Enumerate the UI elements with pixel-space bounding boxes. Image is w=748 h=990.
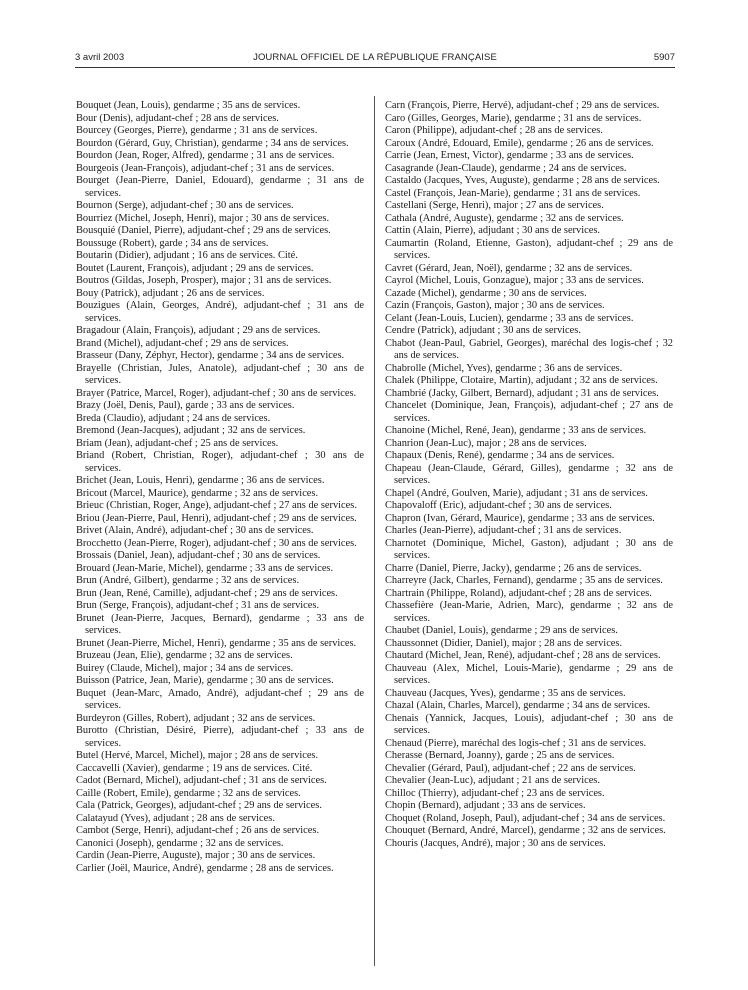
list-item: Bourdon (Jean, Roger, Alfred), gendarme … [76, 150, 364, 163]
list-item: Choquet (Roland, Joseph, Paul), adjudant… [385, 813, 673, 826]
list-item: Chanoine (Michel, René, Jean), gendarme … [385, 425, 673, 438]
list-item: Casagrande (Jean-Claude), gendarme ; 24 … [385, 163, 673, 176]
list-item: Cendre (Patrick), adjudant ; 30 ans de s… [385, 325, 673, 338]
list-item: Chalek (Philippe, Clotaire, Martin), adj… [385, 375, 673, 388]
list-item: Butel (Hervé, Marcel, Michel), major ; 2… [76, 750, 364, 763]
list-item: Chazal (Alain, Charles, Marcel), gendarm… [385, 700, 673, 713]
list-item: Brouard (Jean-Marie, Michel), gendarme ;… [76, 563, 364, 576]
list-item: Carrie (Jean, Ernest, Victor), gendarme … [385, 150, 673, 163]
list-item: Carn (François, Pierre, Hervé), adjudant… [385, 100, 673, 113]
list-item: Cattin (Alain, Pierre), adjudant ; 30 an… [385, 225, 673, 238]
list-item: Brunet (Jean-Pierre, Michel, Henri), gen… [76, 638, 364, 651]
list-item: Bruzeau (Jean, Elie), gendarme ; 32 ans … [76, 650, 364, 663]
list-item: Brayer (Patrice, Marcel, Roger), adjudan… [76, 388, 364, 401]
list-item: Brun (Serge, François), adjudant-chef ; … [76, 600, 364, 613]
list-item: Caille (Robert, Emile), gendarme ; 32 an… [76, 788, 364, 801]
list-item: Canonici (Joseph), gendarme ; 32 ans de … [76, 838, 364, 851]
left-column: Bouquet (Jean, Louis), gendarme ; 35 ans… [76, 100, 364, 875]
list-item: Chouris (Jacques, André), major ; 30 ans… [385, 838, 673, 851]
list-item: Bourriez (Michel, Joseph, Henri), major … [76, 213, 364, 226]
list-item: Bourgeois (Jean-François), adjudant-chef… [76, 163, 364, 176]
list-item: Chouquet (Bernard, André, Marcel), genda… [385, 825, 673, 838]
list-item: Chapovaloff (Eric), adjudant-chef ; 30 a… [385, 500, 673, 513]
list-item: Bourget (Jean-Pierre, Daniel, Edouard), … [76, 175, 364, 200]
list-item: Chopin (Bernard), adjudant ; 33 ans de s… [385, 800, 673, 813]
list-item: Briou (Jean-Pierre, Paul, Henri), adjuda… [76, 513, 364, 526]
list-item: Chapaux (Denis, René), gendarme ; 34 ans… [385, 450, 673, 463]
right-column: Carn (François, Pierre, Hervé), adjudant… [385, 100, 673, 850]
list-item: Chauveau (Alex, Michel, Louis-Marie), ge… [385, 663, 673, 688]
list-item: Chevalier (Gérard, Paul), adjudant-chef … [385, 763, 673, 776]
list-item: Chauveau (Jacques, Yves), gendarme ; 35 … [385, 688, 673, 701]
list-item: Chaubet (Daniel, Louis), gendarme ; 29 a… [385, 625, 673, 638]
list-item: Brossais (Daniel, Jean), adjudant-chef ;… [76, 550, 364, 563]
list-item: Bourdon (Gérard, Guy, Christian), gendar… [76, 138, 364, 151]
list-item: Chenaud (Pierre), maréchal des logis-che… [385, 738, 673, 751]
list-item: Chenais (Yannick, Jacques, Louis), adjud… [385, 713, 673, 738]
list-item: Chilloc (Thierry), adjudant-chef ; 23 an… [385, 788, 673, 801]
list-item: Brunet (Jean-Pierre, Jacques, Bernard), … [76, 613, 364, 638]
list-item: Caro (Gilles, Georges, Marie), gendarme … [385, 113, 673, 126]
list-item: Chapeau (Jean-Claude, Gérard, Gilles), g… [385, 463, 673, 488]
list-item: Buisson (Patrice, Jean, Marie), gendarme… [76, 675, 364, 688]
list-item: Boutros (Gildas, Joseph, Prosper), major… [76, 275, 364, 288]
list-item: Chapron (Ivan, Gérard, Maurice), gendarm… [385, 513, 673, 526]
header-rule [75, 67, 675, 68]
list-item: Burdeyron (Gilles, Robert), adjudant ; 3… [76, 713, 364, 726]
list-item: Celant (Jean-Louis, Lucien), gendarme ; … [385, 313, 673, 326]
list-item: Cavret (Gérard, Jean, Noël), gendarme ; … [385, 263, 673, 276]
list-item: Charles (Jean-Pierre), adjudant-chef ; 3… [385, 525, 673, 538]
list-item: Brasseur (Dany, Zéphyr, Hector), gendarm… [76, 350, 364, 363]
list-item: Caron (Philippe), adjudant-chef ; 28 ans… [385, 125, 673, 138]
list-item: Charre (Daniel, Pierre, Jacky), gendarme… [385, 563, 673, 576]
list-item: Brayelle (Christian, Jules, Anatole), ad… [76, 363, 364, 388]
list-item: Briam (Jean), adjudant-chef ; 25 ans de … [76, 438, 364, 451]
list-item: Burotto (Christian, Désiré, Pierre), adj… [76, 725, 364, 750]
list-item: Chabrolle (Michel, Yves), gendarme ; 36 … [385, 363, 673, 376]
list-item: Chancelet (Dominique, Jean, François), a… [385, 400, 673, 425]
list-item: Bricout (Marcel, Maurice), gendarme ; 32… [76, 488, 364, 501]
list-item: Brazy (Joël, Denis, Paul), garde ; 33 an… [76, 400, 364, 413]
list-item: Bousquié (Daniel, Pierre), adjudant-chef… [76, 225, 364, 238]
list-item: Bour (Denis), adjudant-chef ; 28 ans de … [76, 113, 364, 126]
list-item: Boutarin (Didier), adjudant ; 16 ans de … [76, 250, 364, 263]
list-item: Boutet (Laurent, François), adjudant ; 2… [76, 263, 364, 276]
list-item: Chabot (Jean-Paul, Gabriel, Georges), ma… [385, 338, 673, 363]
list-item: Cazin (François, Gaston), major ; 30 ans… [385, 300, 673, 313]
list-item: Cadot (Bernard, Michel), adjudant-chef ;… [76, 775, 364, 788]
list-item: Brocchetto (Jean-Pierre, Roger), adjudan… [76, 538, 364, 551]
list-item: Cazade (Michel), gendarme ; 30 ans de se… [385, 288, 673, 301]
list-item: Brun (André, Gilbert), gendarme ; 32 ans… [76, 575, 364, 588]
list-item: Chartrain (Philippe, Roland), adjudant-c… [385, 588, 673, 601]
list-item: Brichet (Jean, Louis, Henri), gendarme ;… [76, 475, 364, 488]
list-item: Buirey (Claude, Michel), major ; 34 ans … [76, 663, 364, 676]
list-item: Cambot (Serge, Henri), adjudant-chef ; 2… [76, 825, 364, 838]
list-item: Carlier (Joël, Maurice, André), gendarme… [76, 863, 364, 876]
list-item: Chanrion (Jean-Luc), major ; 28 ans de s… [385, 438, 673, 451]
list-item: Brivet (Alain, André), adjudant-chef ; 3… [76, 525, 364, 538]
list-item: Chapel (André, Goulven, Marie), adjudant… [385, 488, 673, 501]
list-item: Briand (Robert, Christian, Roger), adjud… [76, 450, 364, 475]
list-item: Bremond (Jean-Jacques), adjudant ; 32 an… [76, 425, 364, 438]
list-item: Brand (Michel), adjudant-chef ; 29 ans d… [76, 338, 364, 351]
list-item: Chautard (Michel, Jean, René), adjudant-… [385, 650, 673, 663]
list-item: Caccavelli (Xavier), gendarme ; 19 ans d… [76, 763, 364, 776]
list-item: Calatayud (Yves), adjudant ; 28 ans de s… [76, 813, 364, 826]
list-item: Cardin (Jean-Pierre, Auguste), major ; 3… [76, 850, 364, 863]
list-item: Chassefière (Jean-Marie, Adrien, Marc), … [385, 600, 673, 625]
list-item: Caumartin (Roland, Etienne, Gaston), adj… [385, 238, 673, 263]
list-item: Castel (François, Jean-Marie), gendarme … [385, 188, 673, 201]
list-item: Caroux (André, Edouard, Emile), gendarme… [385, 138, 673, 151]
list-item: Bouquet (Jean, Louis), gendarme ; 35 ans… [76, 100, 364, 113]
list-item: Cherasse (Bernard, Joanny), garde ; 25 a… [385, 750, 673, 763]
list-item: Brun (Jean, René, Camille), adjudant-che… [76, 588, 364, 601]
page-header: 3 avril 2003 JOURNAL OFFICIEL DE LA RÉPU… [75, 52, 675, 68]
list-item: Cayrol (Michel, Louis, Gonzague), major … [385, 275, 673, 288]
page-number: 5907 [654, 52, 675, 63]
list-item: Charreyre (Jack, Charles, Fernand), gend… [385, 575, 673, 588]
list-item: Chambrié (Jacky, Gilbert, Bernard), adju… [385, 388, 673, 401]
list-item: Chaussonnet (Didier, Daniel), major ; 28… [385, 638, 673, 651]
journal-title: JOURNAL OFFICIEL DE LA RÉPUBLIQUE FRANÇA… [75, 52, 675, 63]
list-item: Castaldo (Jacques, Yves, Auguste), genda… [385, 175, 673, 188]
list-item: Castellani (Serge, Henri), major ; 27 an… [385, 200, 673, 213]
list-item: Cathala (André, Auguste), gendarme ; 32 … [385, 213, 673, 226]
list-item: Cala (Patrick, Georges), adjudant-chef ;… [76, 800, 364, 813]
column-divider [374, 96, 375, 966]
list-item: Bouzigues (Alain, Georges, André), adjud… [76, 300, 364, 325]
list-item: Chevalier (Jean-Luc), adjudant ; 21 ans … [385, 775, 673, 788]
list-item: Buquet (Jean-Marc, Amado, André), adjuda… [76, 688, 364, 713]
list-item: Bourcey (Georges, Pierre), gendarme ; 31… [76, 125, 364, 138]
list-item: Bournon (Serge), adjudant-chef ; 30 ans … [76, 200, 364, 213]
list-item: Bouy (Patrick), adjudant ; 26 ans de ser… [76, 288, 364, 301]
list-item: Bragadour (Alain, François), adjudant ; … [76, 325, 364, 338]
list-item: Brieuc (Christian, Roger, Ange), adjudan… [76, 500, 364, 513]
list-item: Boussuge (Robert), garde ; 34 ans de ser… [76, 238, 364, 251]
list-item: Charnotet (Dominique, Michel, Gaston), a… [385, 538, 673, 563]
list-item: Breda (Claudio), adjudant ; 24 ans de se… [76, 413, 364, 426]
